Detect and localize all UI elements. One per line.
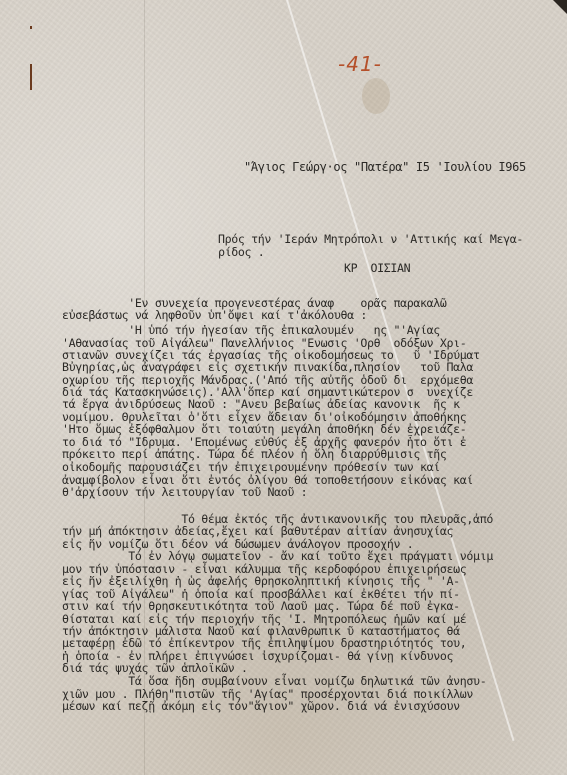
date-line: "Άγιος Γεώργ·ος "Πατέρα" Ι5 'Ιουλίου Ι96… [244, 161, 526, 174]
body-text-line: μέσων καί πεζῇ ἀκόμη εἰς τόν"ἅγιον" χῶρο… [62, 700, 460, 713]
address-recipient-stamp: ΚΡ ΟΙΣΙΑΝ [218, 262, 410, 275]
page-number: -41- [338, 52, 382, 76]
margin-binding-mark [30, 64, 32, 90]
margin-punch-mark [30, 26, 32, 29]
document-page: -41- "Άγιος Γεώργ·ος "Πατέρα" Ι5 'Ιουλίο… [0, 0, 567, 775]
address-line: ρίδος . [218, 246, 264, 259]
body-text-line: εὐσεβάστως νά ληφθοῦν ὑπ'ὄψει καί τ'ἀκόλ… [62, 309, 367, 322]
body-text-line: θ'ἀρχίσουν τήν λειτουργίαν τοῦ Ναοῦ : [62, 486, 307, 499]
paper-stain [362, 78, 390, 114]
torn-corner [553, 0, 567, 14]
